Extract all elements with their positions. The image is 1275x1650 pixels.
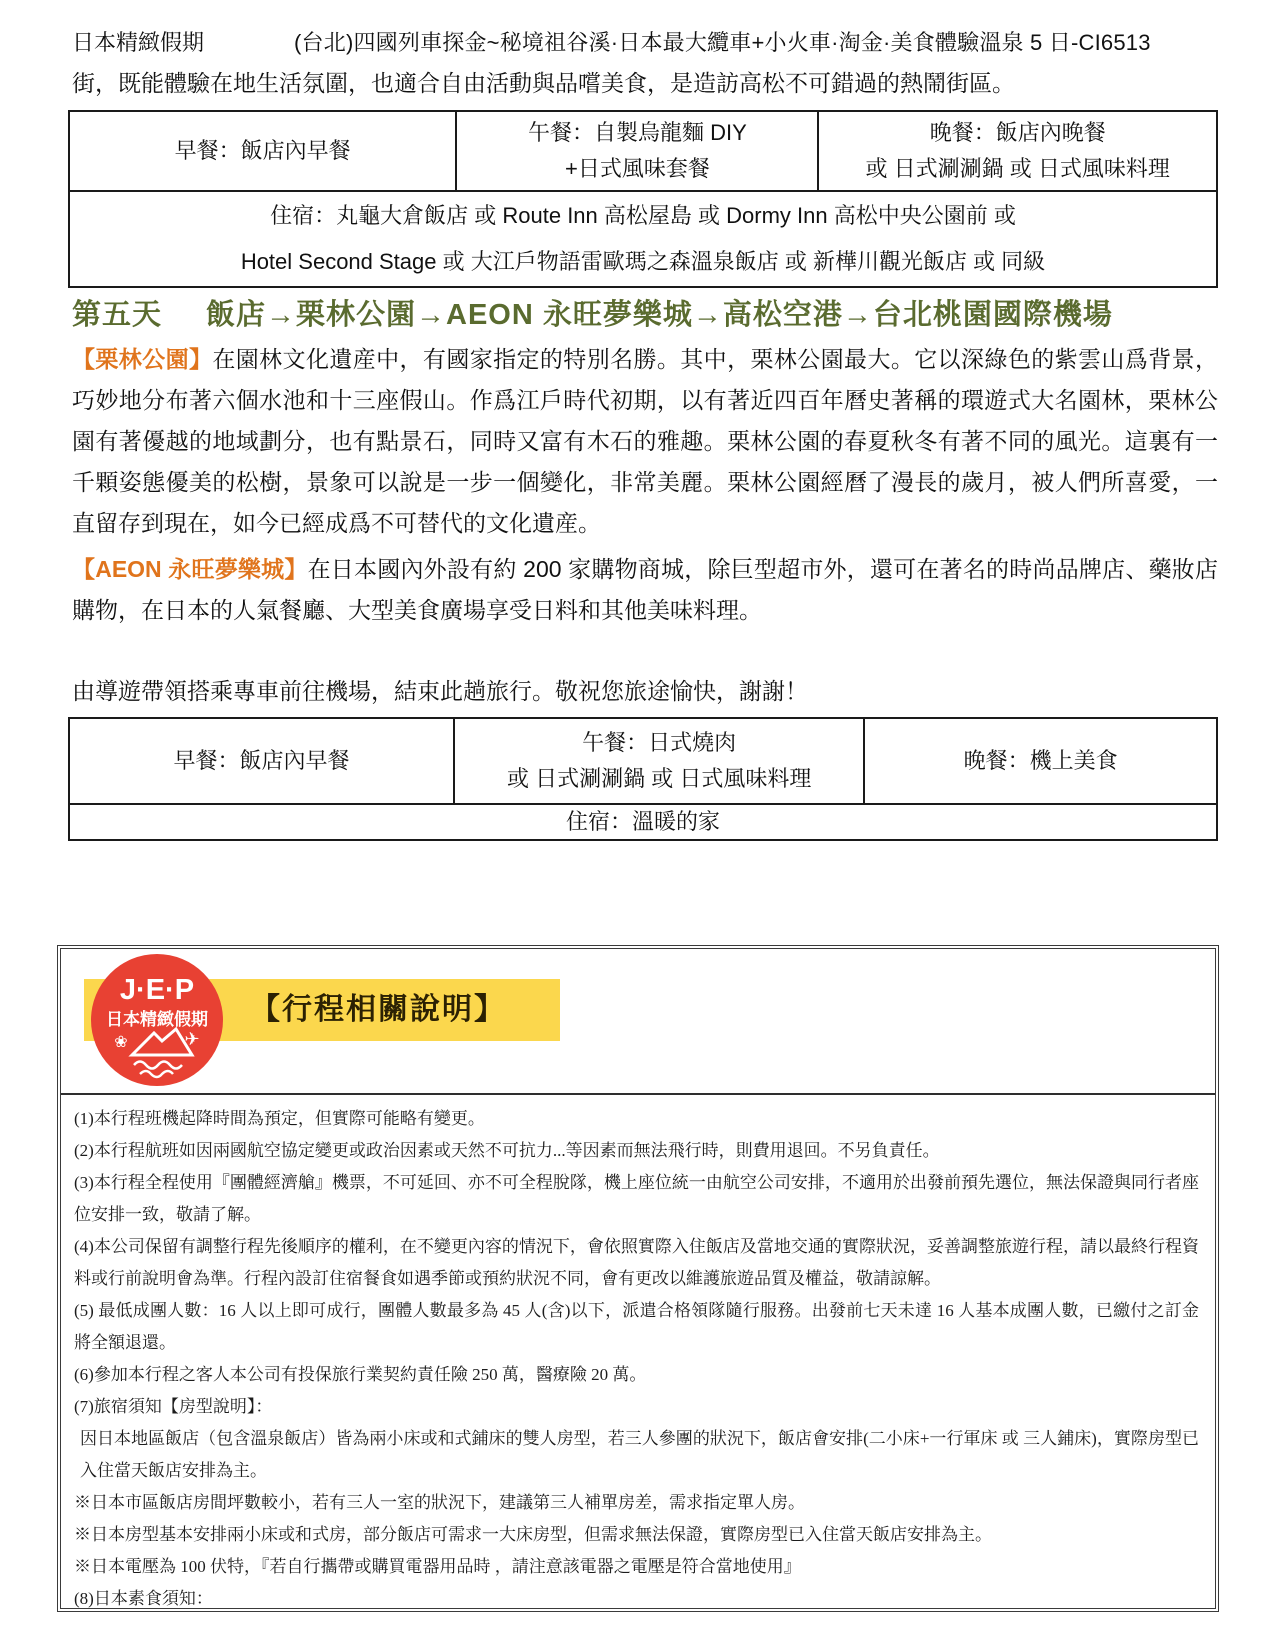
ritsurin-label: 【栗林公園】 [72, 346, 212, 372]
jep-brand-text: 日本精緻假期 [106, 1009, 208, 1029]
day5-meal-table: 早餐：飯店內早餐 午餐：日式燒肉 或 日式涮涮鍋 或 日式風味料理 晚餐：機上美… [68, 717, 1218, 841]
notice-item-2: (2)本行程航班如因兩國航空協定變更或政治因素或天然不可抗力...等因素而無法飛… [74, 1135, 1199, 1167]
brand-name: 日本精緻假期 [72, 28, 204, 58]
notice-item-4: (4)本公司保留有調整行程先後順序的權利，在不變更內容的情況下，會依照實際入住飯… [74, 1231, 1199, 1295]
notice-banner-title: 【行程相關說明】 [250, 979, 506, 1041]
day5-lunch-cell: 午餐：日式燒肉 或 日式涮涮鍋 或 日式風味料理 [455, 719, 865, 803]
notice-item-7-note3: ※日本電壓為 100 伏特，『若自行攜帶或購買電器用品時 ，請注意該電器之電壓是… [74, 1551, 1199, 1583]
day5-breakfast: 早餐：飯店內早餐 [174, 743, 350, 779]
day5-dinner-cell: 晚餐：機上美食 [865, 719, 1216, 803]
closing-line: 由導遊帶領搭乘專車前往機場，結束此趟旅行。敬祝您旅途愉快，謝謝！ [72, 675, 1218, 707]
day4-dinner-line1: 晚餐：飯店內晚餐 [930, 115, 1106, 151]
notice-item-7: (7)旅宿須知【房型說明】： [74, 1391, 1199, 1423]
day4-breakfast: 早餐：飯店內早餐 [175, 133, 351, 169]
intro-text: 街，既能體驗在地生活氛圍，也適合自由活動與品嚐美食，是造訪高松不可錯過的熱鬧街區… [72, 66, 1218, 100]
day4-hotel-row: 住宿：丸龜大倉飯店 或 Route Inn 高松屋島 或 Dormy Inn 高… [70, 192, 1216, 286]
day4-lunch-line1: 午餐：自製烏龍麵 DIY [528, 115, 747, 151]
day5-hotel-row: 住宿：溫暖的家 [70, 805, 1216, 839]
notice-item-7-detail: 因日本地區飯店（包含溫泉飯店）皆為兩小床或和式鋪床的雙人房型，若三人參團的狀況下… [74, 1423, 1199, 1487]
day5-heading: 第五天飯店→栗林公園→AEON 永旺夢樂城→高松空港→台北桃園國際機場 [72, 296, 1218, 334]
ritsurin-paragraph: 【栗林公園】在園林文化遺産中，有國家指定的特別名勝。其中，栗林公園最大。它以深綠… [72, 339, 1218, 544]
notice-header: 【行程相關說明】 J·E·P 日本精緻假期 ✈ ❀ [61, 949, 1215, 1095]
day5-dinner: 晚餐：機上美食 [964, 743, 1118, 779]
notice-box: 【行程相關說明】 J·E·P 日本精緻假期 ✈ ❀ (1)本行程班機起降時間為預… [57, 945, 1219, 1612]
day4-breakfast-cell: 早餐：飯店內早餐 [70, 112, 457, 190]
notice-item-5: (5) 最低成團人數：16 人以上即可成行，團體人數最多為 45 人(含)以下，… [74, 1295, 1199, 1359]
plane-icon: ✈ [184, 1029, 199, 1049]
day4-lunch-line2: +日式風味套餐 [565, 151, 710, 187]
day5-label: 第五天 [72, 299, 162, 331]
day4-hotel-line2: Hotel Second Stage 或 大江戶物語雷歐瑪之森溫泉飯店 或 新樺… [241, 239, 1045, 285]
notice-item-7-note1: ※日本市區飯店房間坪數較小，若有三人一室的狀況下，建議第三人補單房差，需求指定單… [74, 1487, 1199, 1519]
day4-meal-table: 早餐：飯店內早餐 午餐：自製烏龍麵 DIY +日式風味套餐 晚餐：飯店內晚餐 或… [68, 110, 1218, 288]
day5-breakfast-cell: 早餐：飯店內早餐 [70, 719, 455, 803]
itinerary-page: 日本精緻假期(台北)四國列車探金~秘境祖谷溪·日本最大纜車+小火車·淘金·美食體… [0, 0, 1275, 1650]
day5-meal-row: 早餐：飯店內早餐 午餐：日式燒肉 或 日式涮涮鍋 或 日式風味料理 晚餐：機上美… [70, 719, 1216, 805]
day4-dinner-cell: 晚餐：飯店內晚餐 或 日式涮涮鍋 或 日式風味料理 [819, 112, 1216, 190]
day5-lunch-line1: 午餐：日式燒肉 [582, 725, 736, 761]
blossom-icon: ❀ [114, 1034, 127, 1051]
notice-items: (1)本行程班機起降時間為預定，但實際可能略有變更。 (2)本行程航班如因兩國航… [61, 1095, 1215, 1615]
notice-item-8: (8)日本素食須知： [74, 1583, 1199, 1615]
notice-item-6: (6)參加本行程之客人本公司有投保旅行業契約責任險 250 萬，醫療險 20 萬… [74, 1359, 1199, 1391]
notice-item-7-note2: ※日本房型基本安排兩小床或和式房，部分飯店可需求一大床房型，但需求無法保證，實際… [74, 1519, 1199, 1551]
day4-hotel-line1: 住宿：丸龜大倉飯店 或 Route Inn 高松屋島 或 Dormy Inn 高… [270, 193, 1016, 239]
day4-dinner-line2: 或 日式涮涮鍋 或 日式風味料理 [866, 151, 1170, 187]
ritsurin-text: 在園林文化遺産中，有國家指定的特別名勝。其中，栗林公園最大。它以深綠色的紫雲山爲… [72, 346, 1218, 536]
jep-initials: J·E·P [120, 974, 194, 1006]
aeon-paragraph: 【AEON 永旺夢樂城】在日本國內外設有約 200 家購物商城，除巨型超市外，還… [72, 549, 1218, 631]
jep-logo-icon: J·E·P 日本精緻假期 ✈ ❀ [88, 951, 226, 1089]
aeon-label: 【AEON 永旺夢樂城】 [72, 556, 308, 582]
day5-lunch-line2: 或 日式涮涮鍋 或 日式風味料理 [507, 761, 811, 797]
day5-route: 飯店→栗林公園→AEON 永旺夢樂城→高松空港→台北桃園國際機場 [206, 299, 1113, 331]
page-header: 日本精緻假期(台北)四國列車探金~秘境祖谷溪·日本最大纜車+小火車·淘金·美食體… [72, 28, 1218, 58]
tour-title: (台北)四國列車探金~秘境祖谷溪·日本最大纜車+小火車·淘金·美食體驗溫泉 5 … [294, 28, 1151, 58]
day4-meal-row: 早餐：飯店內早餐 午餐：自製烏龍麵 DIY +日式風味套餐 晚餐：飯店內晚餐 或… [70, 112, 1216, 192]
notice-item-3: (3)本行程全程使用『團體經濟艙』機票，不可延回、亦不可全程脫隊，機上座位統一由… [74, 1167, 1199, 1231]
day4-lunch-cell: 午餐：自製烏龍麵 DIY +日式風味套餐 [457, 112, 819, 190]
notice-item-1: (1)本行程班機起降時間為預定，但實際可能略有變更。 [74, 1103, 1199, 1135]
day5-hotel: 住宿：溫暖的家 [566, 806, 720, 838]
